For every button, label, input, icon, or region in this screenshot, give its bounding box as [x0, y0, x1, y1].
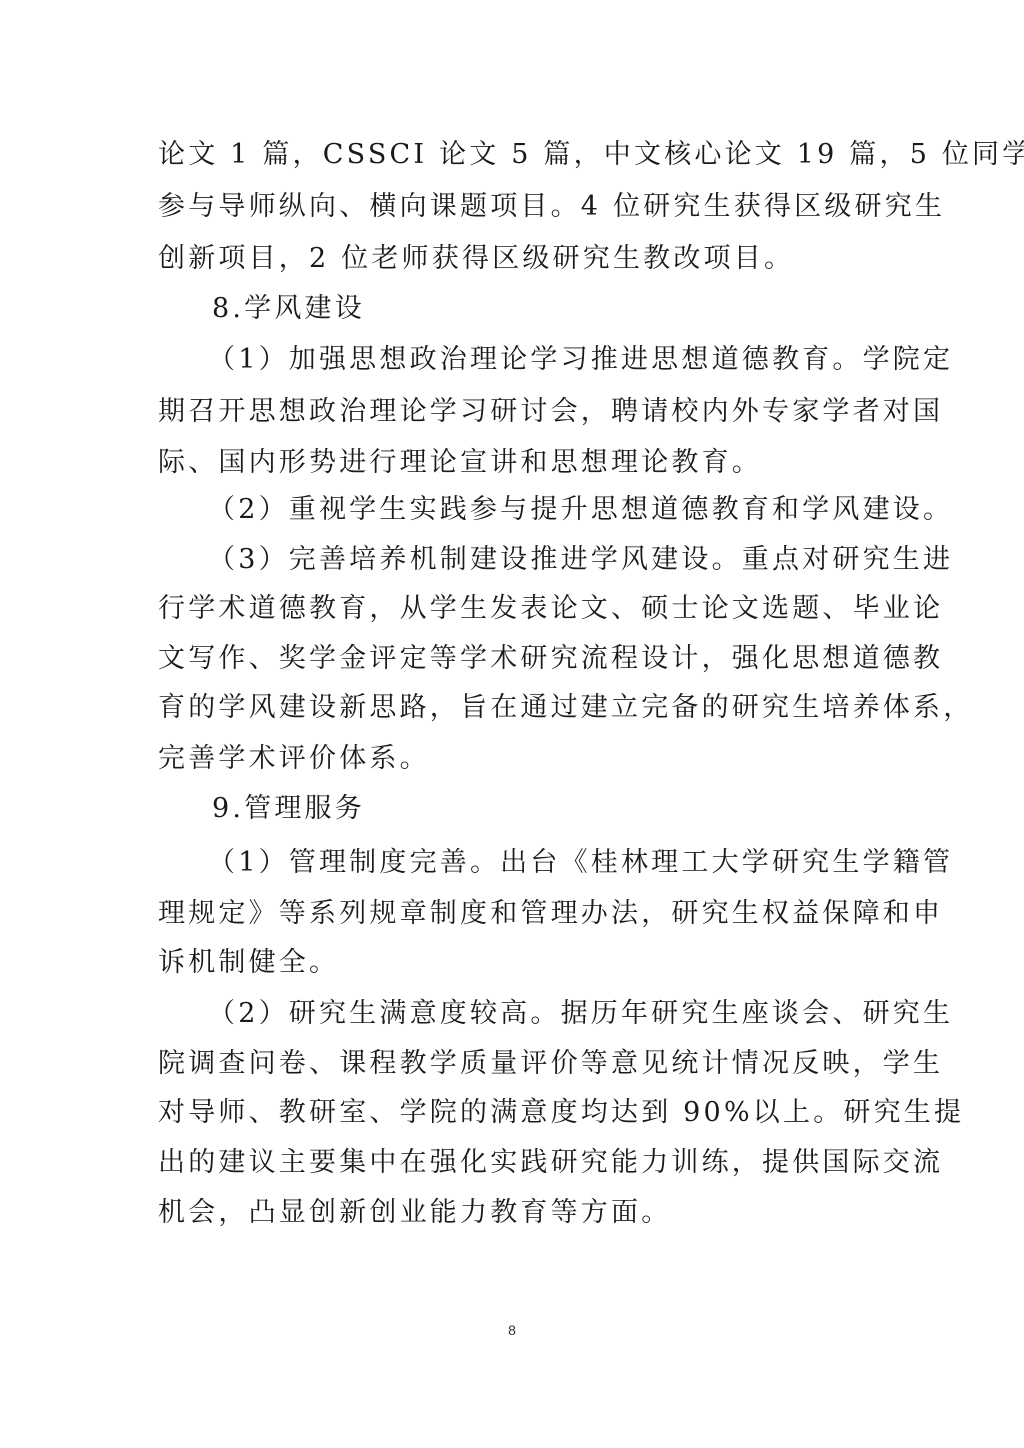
text-line: 参与导师纵向、横向课题项目。4 位研究生获得区级研究生: [158, 190, 878, 224]
text-line: 行学术道德教育，从学生发表论文、硕士论文选题、毕业论: [158, 592, 878, 626]
paragraph-first-line: （3）完善培养机制建设推进学风建设。重点对研究生进: [208, 543, 928, 577]
page-number: 8: [0, 1322, 1024, 1338]
text-line: 出的建议主要集中在强化实践研究能力训练，提供国际交流: [158, 1146, 878, 1180]
text-line: 诉机制健全。: [158, 946, 878, 980]
text-line: 育的学风建设新思路，旨在通过建立完备的研究生培养体系，: [158, 691, 878, 725]
text-line: 际、国内形势进行理论宣讲和思想理论教育。: [158, 446, 878, 480]
paragraph-first-line: （1）管理制度完善。出台《桂林理工大学研究生学籍管: [208, 846, 928, 880]
text-line: 对导师、教研室、学院的满意度均达到 90%以上。研究生提: [158, 1096, 878, 1130]
paragraph-first-line: （2）重视学生实践参与提升思想道德教育和学风建设。: [208, 493, 928, 527]
section-heading: 9.管理服务: [212, 792, 932, 826]
text-line: 机会，凸显创新创业能力教育等方面。: [158, 1196, 878, 1230]
document-page: 论文 1 篇，CSSCI 论文 5 篇，中文核心论文 19 篇，5 位同学 参与…: [0, 0, 1024, 1448]
section-heading: 8.学风建设: [212, 292, 932, 326]
paragraph-first-line: （1）加强思想政治理论学习推进思想道德教育。学院定: [208, 343, 928, 377]
text-line: 文写作、奖学金评定等学术研究流程设计，强化思想道德教: [158, 642, 878, 676]
text-line: 理规定》等系列规章制度和管理办法，研究生权益保障和申: [158, 897, 878, 931]
text-line: 期召开思想政治理论学习研讨会，聘请校内外专家学者对国: [158, 395, 878, 429]
paragraph-first-line: （2）研究生满意度较高。据历年研究生座谈会、研究生: [208, 997, 928, 1031]
text-line: 完善学术评价体系。: [158, 742, 878, 776]
text-line: 创新项目，2 位老师获得区级研究生教改项目。: [158, 242, 878, 276]
text-line: 院调查问卷、课程教学质量评价等意见统计情况反映，学生: [158, 1047, 878, 1081]
text-line: 论文 1 篇，CSSCI 论文 5 篇，中文核心论文 19 篇，5 位同学: [158, 138, 878, 172]
